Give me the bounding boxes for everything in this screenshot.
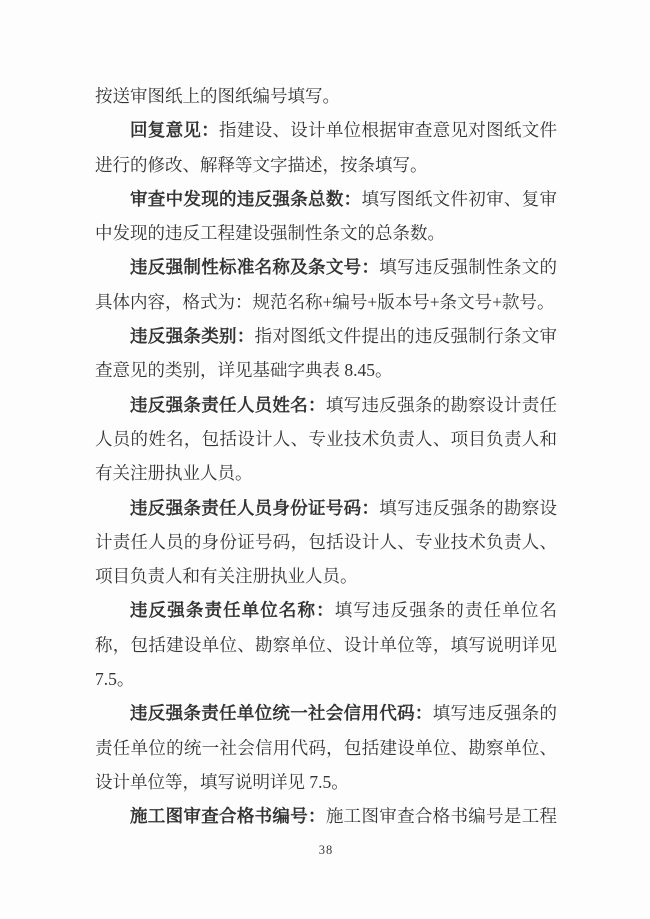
term-label: 回复意见：: [130, 120, 219, 140]
text-line: 计责任人员的身份证号码，包括设计人、专业技术负责人、: [95, 525, 557, 559]
document-page: 按送审图纸上的图纸编号填写。 回复意见：指建设、设计单位根据审查意见对图纸文件 …: [0, 0, 650, 919]
text-line: 项目负责人和有关注册执业人员。: [95, 559, 557, 593]
text-line: 有关注册执业人员。: [95, 456, 557, 490]
term-label: 违反强条责任人员姓名：: [130, 395, 326, 415]
text-line: 7.5。: [95, 662, 557, 696]
term-label: 审查中发现的违反强条总数：: [130, 189, 361, 209]
page-number: 38: [95, 843, 557, 858]
paragraph: 审查中发现的违反强条总数：填写图纸文件初审、复审 中发现的违反工程建设强制性条文…: [95, 182, 557, 251]
paragraph: 违反强条责任单位统一社会信用代码：填写违反强条的 责任单位的统一社会信用代码，包…: [95, 696, 557, 799]
text-line: 违反强条责任单位名称：填写违反强条的责任单位名: [95, 593, 557, 627]
paragraph: 违反强条责任人员姓名：填写违反强条的勘察设计责任 人员的姓名，包括设计人、专业技…: [95, 388, 557, 491]
paragraph: 违反强条责任单位名称：填写违反强条的责任单位名 称，包括建设单位、勘察单位、设计…: [95, 593, 557, 696]
text-line: 具体内容，格式为：规范名称+编号+版本号+条文号+款号。: [95, 285, 557, 319]
term-label: 违反强条责任单位名称：: [130, 600, 335, 620]
text-line: 设计单位等，填写说明详见 7.5。: [95, 765, 557, 799]
paragraph-text: 填写违反强条的责任单位名: [335, 600, 557, 620]
paragraph-text: 指建设、设计单位根据审查意见对图纸文件: [219, 120, 557, 140]
text-line: 人员的姓名，包括设计人、专业技术负责人、项目负责人和: [95, 422, 557, 456]
paragraph: 违反强条类别：指对图纸文件提出的违反强制行条文审 查意见的类别，详见基础字典表 …: [95, 319, 557, 388]
paragraph: 回复意见：指建设、设计单位根据审查意见对图纸文件 进行的修改、解释等文字描述，按…: [95, 113, 557, 182]
paragraph: 施工图审查合格书编号：施工图审查合格书编号是工程: [95, 799, 557, 833]
paragraph-text: 填写违反强条的: [433, 703, 557, 723]
text-line: 违反强条责任人员姓名：填写违反强条的勘察设计责任: [95, 388, 557, 422]
text-line: 施工图审查合格书编号：施工图审查合格书编号是工程: [95, 799, 557, 833]
text-line: 责任单位的统一社会信用代码，包括建设单位、勘察单位、: [95, 731, 557, 765]
term-label: 违反强条责任单位统一社会信用代码：: [130, 703, 433, 723]
paragraph-text: 指对图纸文件提出的违反强制行条文审: [255, 326, 557, 346]
text-line: 违反强制性标准名称及条文号：填写违反强制性条文的: [95, 250, 557, 284]
text-line: 称，包括建设单位、勘察单位、设计单位等，填写说明详见: [95, 628, 557, 662]
text-line: 进行的修改、解释等文字描述，按条填写。: [95, 148, 557, 182]
text-line: 查意见的类别，详见基础字典表 8.45。: [95, 353, 557, 387]
paragraph-text: 施工图审查合格书编号是工程: [326, 806, 557, 826]
term-label: 违反强制性标准名称及条文号：: [130, 257, 379, 277]
paragraph-text: 填写违反强制性条文的: [379, 257, 557, 277]
text-line: 审查中发现的违反强条总数：填写图纸文件初审、复审: [95, 182, 557, 216]
paragraph-text: 填写图纸文件初审、复审: [361, 189, 557, 209]
term-label: 违反强条类别：: [130, 326, 255, 346]
text-line: 违反强条责任人员身份证号码：填写违反强条的勘察设: [95, 491, 557, 525]
paragraph: 按送审图纸上的图纸编号填写。: [95, 79, 557, 113]
text-line: 按送审图纸上的图纸编号填写。: [95, 79, 557, 113]
term-label: 违反强条责任人员身份证号码：: [130, 498, 379, 518]
term-label: 施工图审查合格书编号：: [130, 806, 326, 826]
page-body: 按送审图纸上的图纸编号填写。 回复意见：指建设、设计单位根据审查意见对图纸文件 …: [95, 79, 557, 834]
paragraph: 违反强条责任人员身份证号码：填写违反强条的勘察设 计责任人员的身份证号码，包括设…: [95, 491, 557, 594]
paragraph: 违反强制性标准名称及条文号：填写违反强制性条文的 具体内容，格式为：规范名称+编…: [95, 250, 557, 319]
text-line: 回复意见：指建设、设计单位根据审查意见对图纸文件: [95, 113, 557, 147]
text-line: 违反强条类别：指对图纸文件提出的违反强制行条文审: [95, 319, 557, 353]
text-line: 违反强条责任单位统一社会信用代码：填写违反强条的: [95, 696, 557, 730]
paragraph-text: 填写违反强条的勘察设计责任: [326, 395, 557, 415]
paragraph-text: 填写违反强条的勘察设: [379, 498, 557, 518]
text-line: 中发现的违反工程建设强制性条文的总条数。: [95, 216, 557, 250]
